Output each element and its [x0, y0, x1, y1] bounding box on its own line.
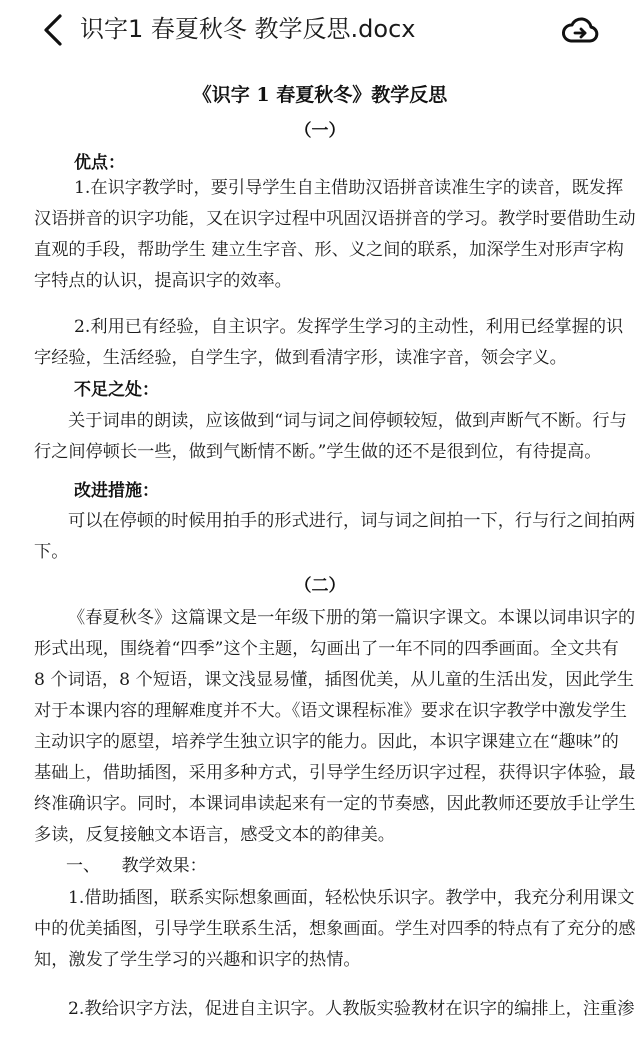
paragraph-line: 1.在识字教学时，要引导学生自主借助汉语拼音读准生字的读音，既发挥	[74, 176, 608, 200]
paragraph-line: 关于词串的朗读，应该做到“词与词之间停顿较短，做到声断气不断。行与	[68, 409, 608, 433]
cloud-upload-button[interactable]	[560, 12, 600, 48]
back-button[interactable]	[38, 12, 68, 48]
paragraph-line: 知，激发了学生学习的兴趣和识字的热情。	[34, 948, 608, 972]
paragraph-line: 对于本课内容的理解难度并不大。《语文课程标准》要求在识字教学中激发学生	[34, 699, 608, 723]
paragraph-line: 汉语拼音的识字功能，又在识字过程中巩固汉语拼音的学习。教学时要借助生动	[34, 207, 608, 231]
paragraph-line: 主动识字的愿望，培养学生独立识字的能力。因此，本识字课建立在“趣味”的	[34, 730, 608, 754]
paragraph-line: 形式出现，围绕着“四季”这个主题，勾画出了一年不同的四季画面。全文共有	[34, 637, 608, 661]
paragraph-line: 2.教给识字方法，促进自主识字。人教版实验教材在识字的编排上，注重渗	[68, 997, 608, 1021]
top-app-bar: 识字1 春夏秋冬 教学反思.docx	[0, 0, 640, 60]
paragraph-line: 可以在停顿的时候用拍手的形式进行，词与词之间拍一下，行与行之间拍两	[68, 509, 608, 533]
paragraph-line: 终准确识字。同时，本课词串读起来有一定的节奏感，因此教师还要放手让学生	[34, 792, 608, 816]
file-title: 识字1 春夏秋冬 教学反思.docx	[80, 11, 415, 47]
paragraph-line: 行之间停顿长一些，做到气断情不断。”学生做的还不是很到位，有待提高。	[34, 440, 608, 464]
paragraph-line: 字经验，生活经验，自学生字，做到看清字形，读准字音，领会字义。	[34, 346, 608, 370]
effect-label: 一、 教学效果：	[66, 854, 207, 878]
paragraph-line: 多读，反复接触文本语言，感受文本的韵律美。	[34, 823, 608, 847]
document-view[interactable]: 《识字 1 春夏秋冬》教学反思 （一） 优点： 1.在识字教学时，要引导学生自主…	[0, 60, 640, 1064]
section-heading-1: （一）	[0, 119, 640, 143]
paragraph-line: 8 个词语，8 个短语，课文浅显易懂，插图优美，从儿童的生活出发，因此学生	[34, 668, 608, 692]
weakness-label: 不足之处：	[74, 378, 159, 402]
paragraph-line: 中的优美插图，引导学生联系生活，想象画面。学生对四季的特点有了充分的感	[34, 917, 608, 941]
cloud-upload-icon	[560, 12, 600, 48]
section-heading-2: （二）	[0, 574, 640, 598]
paragraph-line: 基础上，借助插图，采用多种方式，引导学生经历识字过程，获得识字体验，最	[34, 761, 608, 785]
improvement-label: 改进措施：	[74, 479, 159, 503]
paragraph-line: 2.利用已有经验，自主识字。发挥学生学习的主动性，利用已经掌握的识	[74, 315, 608, 339]
paragraph-line: 1.借助插图，联系实际想象画面，轻松快乐识字。教学中，我充分利用课文	[68, 886, 608, 910]
paragraph-line: 字特点的认识，提高识字的效率。	[34, 269, 608, 293]
strengths-label: 优点：	[74, 151, 125, 175]
paragraph-line: 下。	[34, 540, 608, 564]
paragraph-line: 《春夏秋冬》这篇课文是一年级下册的第一篇识字课文。本课以词串识字的	[68, 606, 608, 630]
document-title: 《识字 1 春夏秋冬》教学反思	[0, 81, 640, 109]
chevron-left-icon	[38, 12, 68, 48]
paragraph-line: 直观的手段，帮助学生 建立生字音、形、义之间的联系，加深学生对形声字构	[34, 238, 608, 262]
